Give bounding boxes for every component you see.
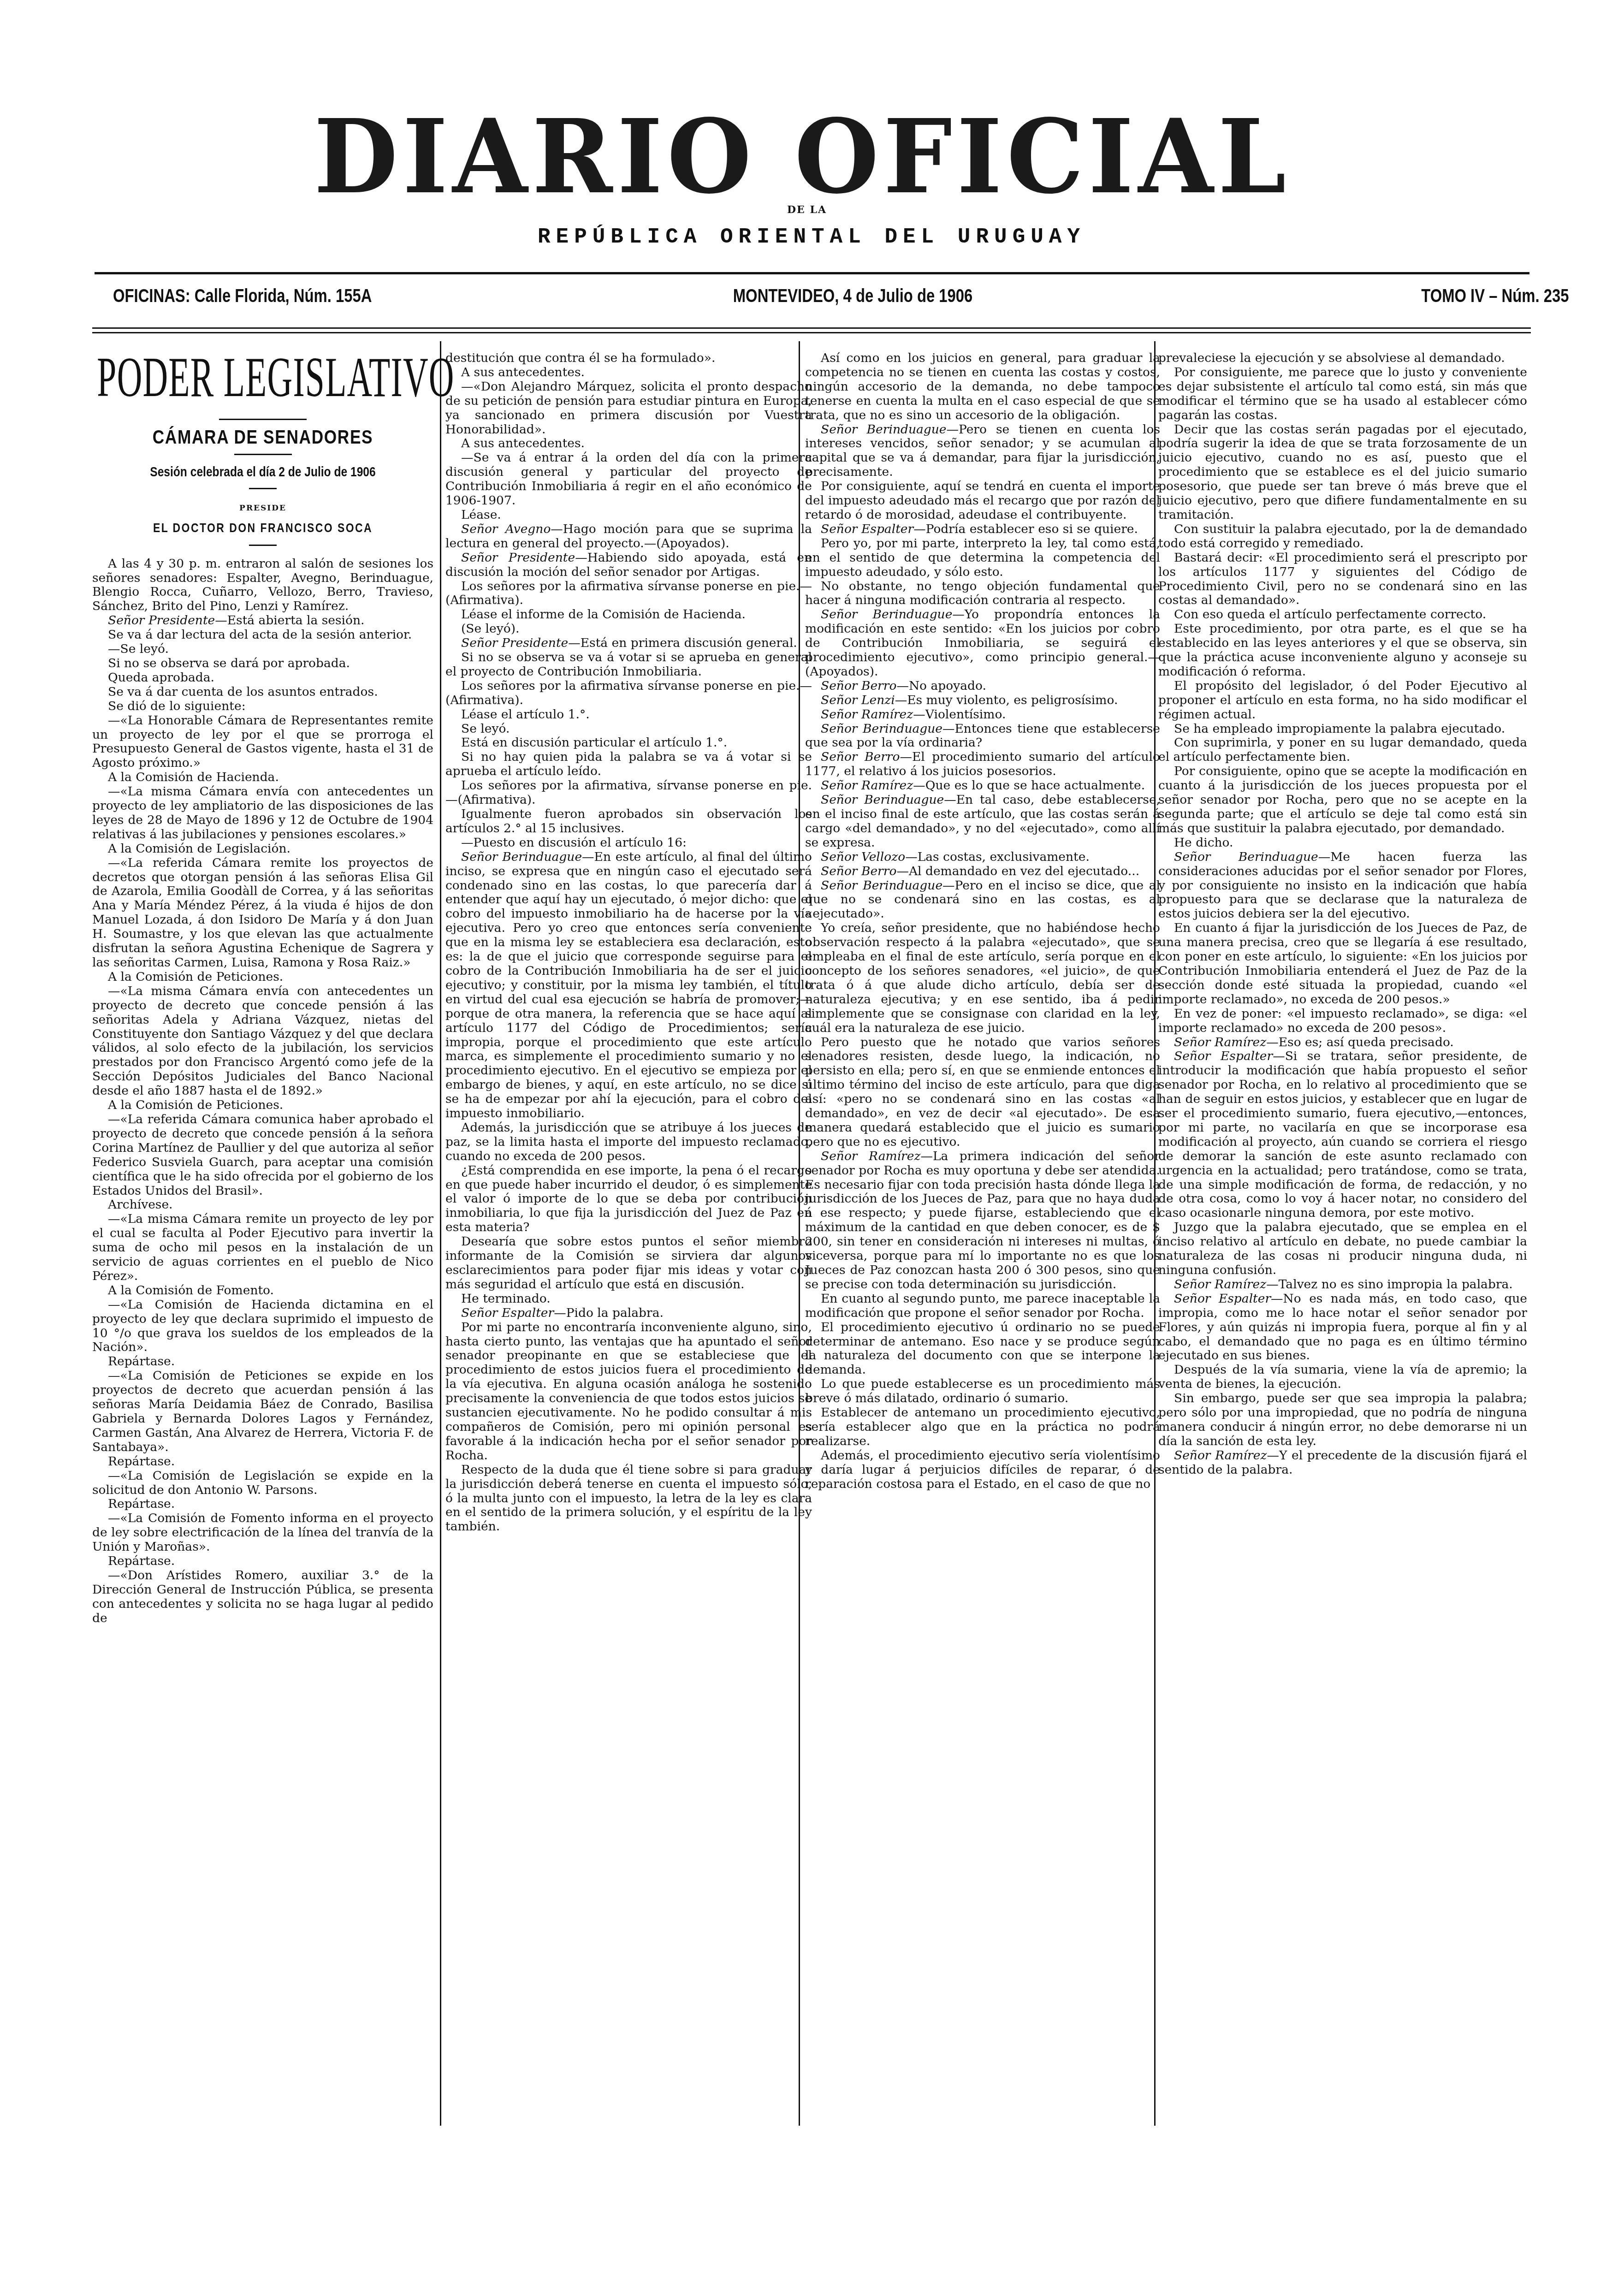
paragraph-text: Los señores por la afirmativa sírvanse p…	[445, 679, 812, 707]
speech-paragraph: Señor Berinduague—Me hacen fuerza las co…	[1158, 850, 1527, 922]
paragraph-text: Bastará decir: «El procedimiento será el…	[1158, 551, 1527, 608]
paragraph: El procedimiento ejecutivo ú ordinario n…	[805, 1321, 1160, 1378]
speech-paragraph: Señor Ramírez—Violentísimo.	[805, 708, 1160, 722]
paragraph-text: Por consiguiente, aquí se tendrá en cuen…	[805, 479, 1160, 522]
paragraph: A la Comisión de Legislación.	[92, 842, 433, 856]
paragraph-text: En cuanto al segundo punto, me parece in…	[805, 1292, 1160, 1320]
paragraph-text: Si no hay quien pida la palabra se va á …	[445, 750, 812, 778]
speaker-name: Señor Berinduague	[821, 878, 942, 893]
speech-paragraph: Señor Berinduague—Pero en el inciso se d…	[805, 879, 1160, 922]
speaker-name: Señor Vellozo	[821, 850, 905, 864]
paragraph: Además, la jurisdicción que se atribuye …	[445, 1121, 812, 1164]
paragraph-text: Juzgo que la palabra ejecutado, que se e…	[1158, 1220, 1527, 1277]
paragraph: Se va á dar cuenta de los asuntos entrad…	[92, 685, 433, 699]
speech-paragraph: Señor Espalter—Pido la palabra.	[445, 1306, 812, 1321]
speaker-name: Señor Ramírez	[821, 707, 913, 722]
column-divider	[440, 341, 441, 2126]
paragraph: Sin embargo, puede ser que sea impropia …	[1158, 1392, 1527, 1449]
paragraph: He dicho.	[1158, 836, 1527, 850]
paragraph: Además, el procedimiento ejecutivo sería…	[805, 1449, 1160, 1492]
paragraph: Los señores por la afirmativa, sírvanse …	[445, 779, 812, 807]
paragraph-text: Léase.	[461, 508, 501, 522]
paragraph-text: —En este artículo, al final del último i…	[445, 850, 812, 1120]
paragraph: Los señores por la afirmativa sírvanse p…	[445, 679, 812, 708]
paragraph-text: ¿Está comprendida en ese importe, la pen…	[445, 1163, 812, 1235]
speaker-name: Señor Berro	[821, 750, 900, 764]
paragraph: prevaleciese la ejecución y se absolvies…	[1158, 351, 1527, 366]
speaker-name: Señor Berinduague	[821, 422, 947, 437]
paragraph: Si no se observa se dará por aprobada.	[92, 657, 433, 671]
paragraph: —«La referida Cámara comunica haber apro…	[92, 1113, 433, 1198]
speaker-name: Señor Espalter	[1174, 1049, 1273, 1063]
paragraph-text: Este procedimiento, por otra parte, es e…	[1158, 622, 1527, 679]
speaker-name: Señor Presidente	[461, 636, 568, 650]
title-connector: DE LA	[738, 204, 876, 216]
paragraph-text: Por consiguiente, me parece que lo justo…	[1158, 365, 1527, 422]
paragraph-text: A la Comisión de Peticiones.	[108, 1098, 283, 1112]
speech-paragraph: Señor Berinduague—Pero se tienen en cuen…	[805, 423, 1160, 480]
paragraph-text: —Pido la palabra.	[554, 1306, 664, 1320]
paragraph-text: A sus antecedentes.	[461, 365, 585, 379]
paragraph-text: Por consiguiente, opino que se acepte la…	[1158, 764, 1527, 836]
paragraph-text: Pero yo, por mi parte, interpreto la ley…	[805, 536, 1160, 579]
speech-paragraph: Señor Avegno—Hago moción para que se sup…	[445, 522, 812, 551]
speech-paragraph: Señor Berinduague—En este artículo, al f…	[445, 850, 812, 1121]
paragraph: Con eso queda el artículo perfectamente …	[1158, 608, 1527, 622]
paragraph-text: Está en discusión particular el artículo…	[461, 735, 727, 750]
paragraph: A la Comisión de Peticiones.	[92, 1098, 433, 1113]
speaker-name: Señor Ramírez	[821, 778, 913, 793]
paragraph-text: En cuanto á fijar la jurisdicción de los…	[1158, 921, 1527, 1007]
paragraph-text: Con suprimirla, y poner en su lugar dema…	[1158, 735, 1527, 764]
speaker-name: Señor Espalter	[821, 522, 913, 536]
paragraph-text: —«La misma Cámara envía con antecedentes…	[92, 784, 433, 842]
speaker-name: Señor Espalter	[461, 1306, 554, 1320]
paragraph-text: He terminado.	[461, 1292, 551, 1306]
paragraph: —«La Comisión de Peticiones se expide en…	[92, 1369, 433, 1454]
paragraph: Repártase.	[92, 1455, 433, 1469]
paragraph: —«La misma Cámara envía con antecedentes…	[92, 984, 433, 1098]
column-body: Así como en los juicios en general, para…	[805, 351, 1160, 1492]
column-3: Así como en los juicios en general, para…	[805, 351, 1160, 1492]
paragraph-text: Sin embargo, puede ser que sea impropia …	[1158, 1391, 1527, 1448]
speech-paragraph: Señor Espalter—Podría establecer eso si …	[805, 522, 1160, 537]
paragraph-text: Los señores por la afirmativa, sírvanse …	[445, 778, 812, 807]
paragraph-text: —«La misma Cámara remite un proyecto de …	[92, 1212, 433, 1283]
paragraph-text: A sus antecedentes.	[461, 436, 585, 450]
paragraph-text: Lo que puede establecerse es un procedim…	[805, 1377, 1160, 1405]
paragraph: He terminado.	[445, 1292, 812, 1306]
paragraph-text: Queda aprobada.	[108, 670, 214, 685]
speech-paragraph: Señor Presidente—Habiendo sido apoyada, …	[445, 551, 812, 580]
header-rule-lower	[92, 332, 1531, 333]
paragraph-text: Repártase.	[108, 1354, 175, 1369]
paragraph-text: Léase el artículo 1.°.	[461, 707, 590, 722]
paragraph-text: Se leyó.	[461, 722, 510, 736]
speaker-name: Señor Berinduague	[821, 793, 944, 807]
paragraph-text: —«La misma Cámara envía con antecedentes…	[92, 984, 433, 1098]
paragraph-text: prevaleciese la ejecución y se absolvies…	[1158, 351, 1505, 365]
paragraph-text: Léase el informe de la Comisión de Hacie…	[461, 607, 746, 622]
paragraph: —«La misma Cámara envía con antecedentes…	[92, 785, 433, 842]
paragraph: Por mi parte no encontraría inconvenient…	[445, 1321, 812, 1463]
paragraph-text: A la Comisión de Hacienda.	[108, 770, 279, 784]
paragraph-text: —Las costas, exclusivamente.	[905, 850, 1090, 864]
paragraph: (Se leyó).	[445, 622, 812, 636]
speech-paragraph: Señor Berro—El procedimiento sumario del…	[805, 750, 1160, 779]
paragraph: Desearía que sobre estos puntos el señor…	[445, 1235, 812, 1292]
paragraph-text: Además, la jurisdicción que se atribuye …	[445, 1120, 812, 1163]
paragraph: Con sustituir la palabra ejecutado, por …	[1158, 522, 1527, 551]
presider-name: EL DOCTOR DON FRANCISCO SOCA	[123, 521, 403, 535]
paragraph: —«Don Arístides Romero, auxiliar 3.° de …	[92, 1569, 433, 1626]
paragraph: Repártase.	[92, 1355, 433, 1369]
paragraph-text: —Si se tratara, señor presidente, de int…	[1158, 1049, 1527, 1220]
divider	[219, 419, 307, 420]
paragraph-text: —«Don Arístides Romero, auxiliar 3.° de …	[92, 1568, 433, 1625]
paragraph-text: (Se leyó).	[461, 622, 519, 636]
paragraph: En cuanto á fijar la jurisdicción de los…	[1158, 921, 1527, 1007]
paragraph: Se dió de lo siguiente:	[92, 699, 433, 714]
paragraph-text: Se va á dar lectura del acta de la sesió…	[108, 628, 412, 642]
paragraph-text: En vez de poner: «el impuesto reclamado»…	[1158, 1007, 1527, 1035]
paragraph-text: —Se leyó.	[108, 642, 169, 656]
paragraph-text: Desearía que sobre estos puntos el señor…	[445, 1234, 812, 1292]
paragraph: A sus antecedentes.	[445, 437, 812, 451]
speaker-name: Señor Ramírez	[1174, 1035, 1266, 1049]
paragraph: Lo que puede establecerse es un procedim…	[805, 1377, 1160, 1406]
paragraph: No obstante, no tengo objeción fundament…	[805, 580, 1160, 608]
speech-paragraph: Señor Ramírez—La primera indicación del …	[805, 1150, 1160, 1292]
paragraph: Los señores por la afirmativa sírvanse p…	[445, 580, 812, 608]
paragraph-text: —Puesto en discusión el artículo 16:	[461, 836, 687, 850]
paragraph: Con suprimirla, y poner en su lugar dema…	[1158, 736, 1527, 765]
paragraph-text: —«Don Alejandro Márquez, solicita el pro…	[445, 379, 812, 437]
paragraph: Léase.	[445, 508, 812, 522]
paragraph: —Se va á entrar á la orden del día con l…	[445, 451, 812, 508]
paragraph: A la Comisión de Peticiones.	[92, 970, 433, 984]
paragraph-text: —Se va á entrar á la orden del día con l…	[445, 450, 812, 508]
paragraph-text: Después de la vía sumaria, viene la vía …	[1158, 1363, 1527, 1391]
paragraph-text: Pero puesto que he notado que varios señ…	[805, 1035, 1160, 1149]
paragraph: —Puesto en discusión el artículo 16:	[445, 836, 812, 850]
paragraph: El propósito del legislador, ó del Poder…	[1158, 679, 1527, 722]
paragraph: Se va á dar lectura del acta de la sesió…	[92, 628, 433, 642]
paragraph: ¿Está comprendida en ese importe, la pen…	[445, 1164, 812, 1235]
paragraph: Pero yo, por mi parte, interpreto la ley…	[805, 537, 1160, 580]
paragraph-text: —Eso es; así queda precisado.	[1266, 1035, 1454, 1049]
speech-paragraph: Señor Lenzi—Es muy violento, es peligros…	[805, 693, 1160, 708]
paragraph: Pero puesto que he notado que varios señ…	[805, 1036, 1160, 1150]
paragraph: Por consiguiente, aquí se tendrá en cuen…	[805, 480, 1160, 522]
paragraph-text: Por mi parte no encontraría inconvenient…	[445, 1320, 812, 1463]
speech-paragraph: Señor Berinduague—Entonces tiene que est…	[805, 722, 1160, 751]
paragraph: —«La referida Cámara remite los proyecto…	[92, 856, 433, 970]
paragraph: —«La Comisión de Fomento informa en el p…	[92, 1511, 433, 1554]
paragraph: Repártase.	[92, 1497, 433, 1511]
paragraph-text: Con sustituir la palabra ejecutado, por …	[1158, 522, 1527, 551]
speech-paragraph: Señor Espalter—Si se tratara, señor pres…	[1158, 1049, 1527, 1221]
paragraph: Archívese.	[92, 1198, 433, 1212]
paragraph: Así como en los juicios en general, para…	[805, 351, 1160, 423]
dateline: MONTEVIDEO, 4 de Julio de 1906	[733, 286, 972, 307]
paragraph-text: Los señores por la afirmativa sírvanse p…	[445, 579, 812, 608]
paragraph-text: —«La Comisión de Legislación se expide e…	[92, 1469, 433, 1497]
masthead-rule	[95, 272, 1529, 274]
speaker-name: Señor Berinduague	[821, 607, 952, 622]
paragraph-text: Se ha empleado impropiamente la palabra …	[1174, 722, 1505, 736]
speech-paragraph: Señor Berro—No apoyado.	[805, 679, 1160, 693]
newspaper-subtitle: REPÚBLICA ORIENTAL DEL URUGUAY	[415, 225, 1208, 249]
paragraph-text: Se dió de lo siguiente:	[108, 699, 246, 713]
paragraph-text: Se va á dar cuenta de los asuntos entrad…	[108, 685, 378, 699]
paragraph: destitución que contra él se ha formulad…	[445, 351, 812, 366]
paragraph-text: —«La referida Cámara comunica haber apro…	[92, 1112, 433, 1198]
speech-paragraph: Señor Presidente—Está en primera discusi…	[445, 636, 812, 651]
paragraph-text: —Al demandado en vez del ejecutado...	[896, 864, 1139, 878]
paragraph: Establecer de antemano un procedimiento …	[805, 1406, 1160, 1449]
offices-address: OFICINAS: Calle Florida, Núm. 155A	[113, 286, 372, 307]
paragraph-text: Establecer de antemano un procedimiento …	[805, 1405, 1160, 1448]
paragraph: Decir que las costas serán pagadas por e…	[1158, 423, 1527, 522]
speaker-name: Señor Ramírez	[1174, 1448, 1267, 1463]
column-body: destitución que contra él se ha formulad…	[445, 351, 812, 1534]
paragraph: —«Don Alejandro Márquez, solicita el pro…	[445, 380, 812, 437]
preside-label: PRESIDE	[92, 501, 433, 516]
paragraph: Por consiguiente, me parece que lo justo…	[1158, 366, 1527, 423]
info-bar: OFICINAS: Calle Florida, Núm. 155A MONTE…	[113, 286, 1266, 314]
paragraph-text: A la Comisión de Peticiones.	[108, 970, 283, 984]
paragraph: Yo creía, señor presidente, que no habié…	[805, 921, 1160, 1035]
paragraph: A las 4 y 30 p. m. entraron al salón de …	[92, 557, 433, 614]
speaker-name: Señor Lenzi	[821, 693, 895, 707]
session-line: Sesión celebrada el día 2 de Julio de 19…	[123, 465, 403, 480]
speaker-name: Señor Presidente	[461, 551, 575, 565]
paragraph: Se ha empleado impropiamente la palabra …	[1158, 722, 1527, 736]
paragraph-text: —«La Comisión de Fomento informa en el p…	[92, 1511, 433, 1554]
paragraph-text: Si no se observa se va á votar si se apr…	[445, 650, 812, 679]
paragraph: Respecto de la duda que él tiene sobre s…	[445, 1463, 812, 1535]
paragraph-text: destitución que contra él se ha formulad…	[445, 351, 715, 365]
paragraph-text: —Es muy violento, es peligrosísimo.	[895, 693, 1118, 707]
divider	[249, 488, 277, 489]
section-heading: PODER LEGISLATIVO	[93, 350, 459, 406]
paragraph-text: El procedimiento ejecutivo ú ordinario n…	[805, 1320, 1160, 1377]
paragraph-text: A la Comisión de Legislación.	[108, 842, 290, 856]
paragraph-text: —Que es lo que se hace actualmente.	[913, 778, 1145, 793]
speech-paragraph: Señor Ramírez—Eso es; así queda precisad…	[1158, 1036, 1527, 1050]
paragraph-text: —«La Comisión de Peticiones se expide en…	[92, 1369, 433, 1454]
speaker-name: Señor Berinduague	[821, 722, 942, 736]
paragraph-text: El propósito del legislador, ó del Poder…	[1158, 679, 1527, 722]
paragraph-text: Si no se observa se dará por aprobada.	[108, 656, 350, 670]
speech-paragraph: Señor Ramírez—Y el precedente de la disc…	[1158, 1449, 1527, 1477]
speaker-name: Señor Espalter	[1174, 1292, 1271, 1306]
paragraph: Juzgo que la palabra ejecutado, que se e…	[1158, 1221, 1527, 1278]
paragraph: Igualmente fueron aprobados sin observac…	[445, 807, 812, 836]
divider	[249, 545, 277, 546]
paragraph-text: —Talvez no es sino impropia la palabra.	[1266, 1277, 1513, 1292]
speech-paragraph: Señor Vellozo—Las costas, exclusivamente…	[805, 850, 1160, 865]
paragraph-text: Archívese.	[108, 1197, 173, 1212]
speech-paragraph: Señor Berro—Al demandado en vez del ejec…	[805, 865, 1160, 879]
paragraph-text: —«La referida Cámara remite los proyecto…	[92, 856, 433, 970]
speech-paragraph: Señor Espalter—No es nada más, en todo c…	[1158, 1292, 1527, 1363]
paragraph: Está en discusión particular el artículo…	[445, 736, 812, 750]
column-4: prevaleciese la ejecución y se absolvies…	[1158, 351, 1527, 1477]
speaker-name: Señor Berinduague	[1174, 850, 1318, 864]
paragraph-text: Así como en los juicios en general, para…	[805, 351, 1160, 422]
speaker-name: Señor Berro	[821, 679, 896, 693]
paragraph: Si no hay quien pida la palabra se va á …	[445, 750, 812, 779]
speech-paragraph: Señor Berinduague—Yo propondría entonces…	[805, 608, 1160, 679]
paragraph: Bastará decir: «El procedimiento será el…	[1158, 551, 1527, 608]
paragraph-text: —No apoyado.	[896, 679, 986, 693]
paragraph: —«La Comisión de Legislación se expide e…	[92, 1469, 433, 1498]
paragraph: Después de la vía sumaria, viene la vía …	[1158, 1363, 1527, 1392]
paragraph-text: —Podría establecer eso si se quiere.	[913, 522, 1138, 536]
paragraph: A sus antecedentes.	[445, 366, 812, 380]
paragraph-text: Con eso queda el artículo perfectamente …	[1174, 607, 1486, 622]
newspaper-title: DIARIO OFICIAL	[295, 106, 1310, 208]
paragraph-text: —«La Comisión de Hacienda dictamina en e…	[92, 1298, 433, 1355]
speaker-name: Señor Berinduague	[461, 850, 582, 864]
paragraph: Repártase.	[92, 1554, 433, 1569]
paragraph: A la Comisión de Fomento.	[92, 1284, 433, 1298]
paragraph-text: Además, el procedimiento ejecutivo sería…	[805, 1448, 1160, 1491]
paragraph-text: Decir que las costas serán pagadas por e…	[1158, 422, 1527, 522]
speaker-name: Señor Ramírez	[821, 1149, 920, 1163]
paragraph-text: —Está en primera discusión general.	[568, 636, 797, 650]
speech-paragraph: Señor Berinduague—En tal caso, debe esta…	[805, 793, 1160, 850]
paragraph-text: A la Comisión de Fomento.	[108, 1283, 274, 1298]
paragraph: Léase el informe de la Comisión de Hacie…	[445, 608, 812, 622]
paragraph: —«La Honorable Cámara de Representantes …	[92, 714, 433, 771]
paragraph: Por consiguiente, opino que se acepte la…	[1158, 765, 1527, 836]
issue-number: TOMO IV – Núm. 235	[1421, 286, 1569, 307]
column-1: PODER LEGISLATIVO CÁMARA DE SENADORES Se…	[92, 345, 433, 1626]
column-2: destitución que contra él se ha formulad…	[445, 351, 812, 1534]
paragraph-text: A las 4 y 30 p. m. entraron al salón de …	[92, 557, 433, 614]
paragraph: Queda aprobada.	[92, 671, 433, 685]
speech-paragraph: Señor Presidente—Está abierta la sesión.	[92, 614, 433, 628]
paragraph-text: —Está abierta la sesión.	[215, 613, 364, 628]
paragraph: Este procedimiento, por otra parte, es e…	[1158, 622, 1527, 679]
paragraph-text: —Violentísimo.	[913, 707, 1006, 722]
paragraph-text: Repártase.	[108, 1454, 175, 1469]
paragraph: —Se leyó.	[92, 642, 433, 657]
paragraph: Se leyó.	[445, 722, 812, 736]
chamber-heading: CÁMARA DE SENADORES	[123, 430, 403, 445]
paragraph-text: Repártase.	[108, 1497, 175, 1511]
speaker-name: Señor Ramírez	[1174, 1277, 1266, 1292]
paragraph-text: No obstante, no tengo objeción fundament…	[805, 579, 1160, 608]
paragraph: —«La misma Cámara remite un proyecto de …	[92, 1212, 433, 1284]
column-body: A las 4 y 30 p. m. entraron al salón de …	[92, 557, 433, 1626]
paragraph-text: Respecto de la duda que él tiene sobre s…	[445, 1463, 812, 1534]
paragraph-text: Yo creía, señor presidente, que no habié…	[805, 921, 1160, 1035]
paragraph: Si no se observa se va á votar si se apr…	[445, 651, 812, 679]
paragraph: A la Comisión de Hacienda.	[92, 770, 433, 785]
paragraph-text: Repártase.	[108, 1554, 175, 1568]
speech-paragraph: Señor Ramírez—Que es lo que se hace actu…	[805, 779, 1160, 793]
divider	[234, 454, 292, 455]
speaker-name: Señor Presidente	[108, 613, 215, 628]
column-body: prevaleciese la ejecución y se absolvies…	[1158, 351, 1527, 1477]
paragraph-text: He dicho.	[1174, 836, 1233, 850]
paragraph: —«La Comisión de Hacienda dictamina en e…	[92, 1298, 433, 1355]
speech-paragraph: Señor Ramírez—Talvez no es sino impropia…	[1158, 1278, 1527, 1292]
paragraph-text: —La primera indicación del señor senador…	[805, 1149, 1160, 1292]
speaker-name: Señor Berro	[821, 864, 896, 878]
header-rule-upper	[92, 327, 1531, 329]
paragraph: En cuanto al segundo punto, me parece in…	[805, 1292, 1160, 1321]
paragraph: Léase el artículo 1.°.	[445, 708, 812, 722]
speaker-name: Señor Avegno	[461, 522, 551, 536]
paragraph: En vez de poner: «el impuesto reclamado»…	[1158, 1007, 1527, 1036]
paragraph-text: —«La Honorable Cámara de Representantes …	[92, 713, 433, 770]
paragraph-text: Igualmente fueron aprobados sin observac…	[445, 807, 812, 836]
